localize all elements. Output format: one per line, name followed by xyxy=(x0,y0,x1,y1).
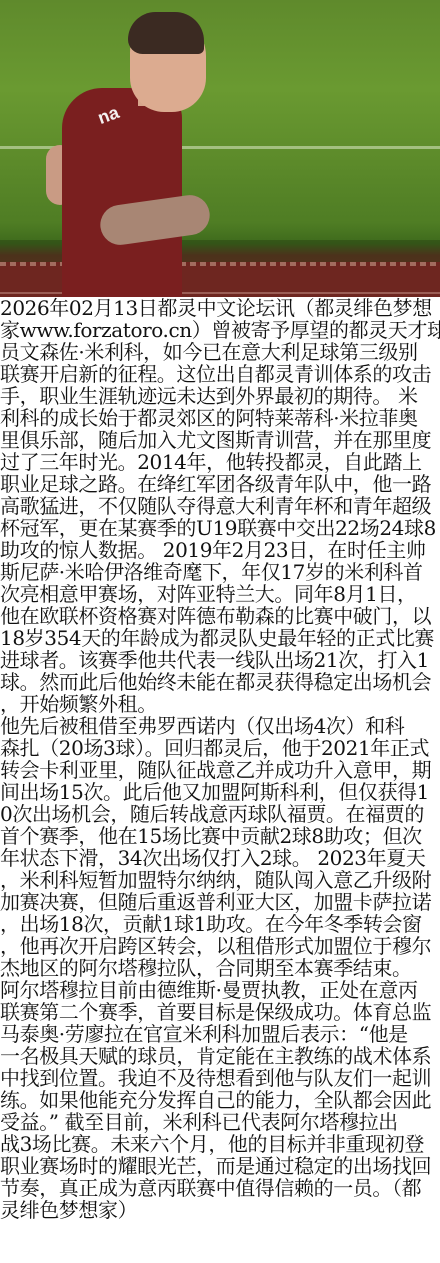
article-line: 一名极具天赋的球员，肯定能在主教练的战术体系 xyxy=(0,1045,440,1067)
article-line: 他在欧联杯资格赛对阵德布勒森的比赛中破门，以 xyxy=(0,605,440,627)
article-line: 联赛开启新的征程。这位出自都灵青训体系的攻击 xyxy=(0,363,440,385)
article-line: ，他再次开启跨区转会，以租借形式加盟位于穆尔 xyxy=(0,935,440,957)
article-photo: na xyxy=(0,0,440,297)
article-line: 员文森佐·米利科，如今已在意大利足球第三级别 xyxy=(0,341,440,363)
article-line: 森扎（20场3球）。回归都灵后，他于2021年正式 xyxy=(0,737,440,759)
article-line: 阿尔塔穆拉目前由德维斯·曼贾执教，正处在意丙 xyxy=(0,979,440,1001)
article-line: 进球者。该赛季他共代表一线队出场21次，打入1 xyxy=(0,649,440,671)
article-line: 年状态下滑，34次出场仅打入2球。 2023年夏天 xyxy=(0,847,440,869)
article-line: ，开始频繁外租。 xyxy=(0,693,440,715)
article-line: ，出场18次，贡献1球1助攻。在今年冬季转会窗 xyxy=(0,913,440,935)
article-line: 联赛第二个赛季，首要目标是保级成功。体育总监 xyxy=(0,1001,440,1023)
article-line: 他先后被租借至弗罗西诺内（仅出场4次）和科 xyxy=(0,715,440,737)
article-line: 中找到位置。我迫不及待想看到他与队友们一起训 xyxy=(0,1067,440,1089)
article-line: 利科的成长始于都灵郊区的阿特莱蒂科·米拉菲奥 xyxy=(0,407,440,429)
article-line: 0次出场机会，随后转战意丙球队福贾。在福贾的 xyxy=(0,803,440,825)
player-jersey xyxy=(62,88,182,297)
article-line: 受益。” 截至目前，米利科已代表阿尔塔穆拉出 xyxy=(0,1111,440,1133)
article-line: 战3场比赛。未来六个月，他的目标并非重现初登 xyxy=(0,1133,440,1155)
article-line: 节奏，真正成为意丙联赛中值得信赖的一员。（都 xyxy=(0,1177,440,1199)
article-line: 职业赛场时的耀眼光芒，而是通过稳定的出场找回 xyxy=(0,1155,440,1177)
article-line: 2026年02月13日都灵中文论坛讯（都灵绯色梦想 xyxy=(0,297,440,319)
article-line: 次亮相意甲赛场，对阵亚特兰大。同年8月1日， xyxy=(0,583,440,605)
article-line: 间出场15次。此后他又加盟阿斯科利，但仅获得1 xyxy=(0,781,440,803)
article-line: 练。如果他能充分发挥自己的能力，全队都会因此 xyxy=(0,1089,440,1111)
article-line: ，米利科短暂加盟特尔纳纳，随队闯入意乙升级附 xyxy=(0,869,440,891)
player-hair xyxy=(128,12,204,54)
article-line: 杰地区的阿尔塔穆拉队，合同期至本赛季结束。 xyxy=(0,957,440,979)
article-line: 加赛决赛，但随后重返普利亚大区，加盟卡萨拉诺 xyxy=(0,891,440,913)
article-line: 马泰奥·劳廖拉在官宣米利科加盟后表示：“他是 xyxy=(0,1023,440,1045)
article-line: 高歌猛进，不仅随队夺得意大利青年杯和青年超级 xyxy=(0,495,440,517)
article-line: 首个赛季，他在15场比赛中贡献2球8助攻；但次 xyxy=(0,825,440,847)
article-body: 2026年02月13日都灵中文论坛讯（都灵绯色梦想 家www.forzatoro… xyxy=(0,297,440,1221)
article-line: 里俱乐部，随后加入尤文图斯青训营，并在那里度 xyxy=(0,429,440,451)
article-line: 18岁354天的年龄成为都灵队史最年轻的正式比赛 xyxy=(0,627,440,649)
article-line: 灵绯色梦想家） xyxy=(0,1199,440,1221)
article-line: 斯尼萨·米哈伊洛维奇麾下，年仅17岁的米利科首 xyxy=(0,561,440,583)
article-line: 球。然而此后他始终未能在都灵获得稳定出场机会 xyxy=(0,671,440,693)
article-line: 过了三年时光。2014年，他转投都灵，自此踏上 xyxy=(0,451,440,473)
article-line: 职业足球之路。在绛红军团各级青年队中，他一路 xyxy=(0,473,440,495)
article-line: 家www.forzatoro.cn）曾被寄予厚望的都灵天才球 xyxy=(0,319,440,341)
article-line: 转会卡利亚里，随队征战意乙并成功升入意甲，期 xyxy=(0,759,440,781)
article-line: 手，职业生涯轨迹远未达到外界最初的期待。 米 xyxy=(0,385,440,407)
article-line: 杯冠军，更在某赛季的U19联赛中交出22场24球8 xyxy=(0,517,440,539)
article-line: 助攻的惊人数据。 2019年2月23日，在时任主帅 xyxy=(0,539,440,561)
